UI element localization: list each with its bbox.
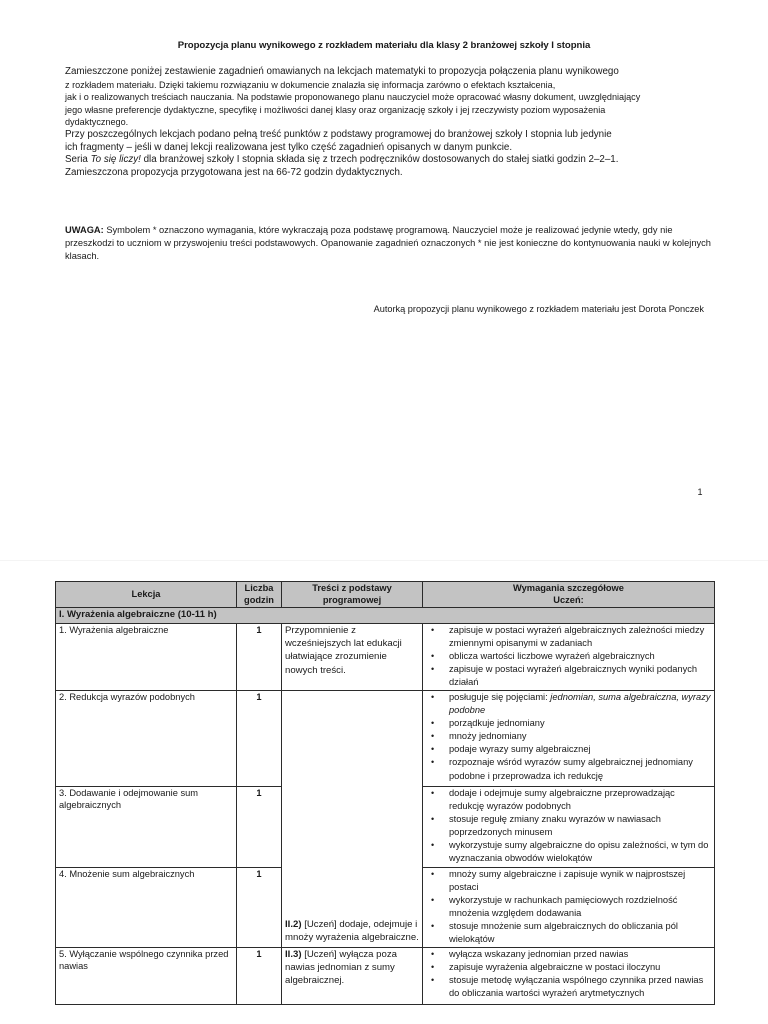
- header-godzin-line1: Liczba: [239, 583, 279, 595]
- list-item: wykorzystuje sumy algebraiczne do opisu …: [449, 839, 711, 865]
- list-item-prefix: posługuje się pojęciami:: [449, 692, 550, 702]
- wymagania-cell: wyłącza wskazany jednomian przed nawias …: [423, 947, 715, 1004]
- tresci-text: [Uczeń] wyłącza poza nawias jednomian z …: [285, 949, 397, 986]
- intro-line: z rozkładem materiału. Dzięki takiemu ro…: [65, 79, 715, 92]
- godzin-cell: 1: [237, 947, 282, 1004]
- intro-line: jak i o realizowanych treściach nauczani…: [65, 91, 715, 104]
- list-item: stosuje metodę wyłączania wspólnego czyn…: [449, 974, 711, 1000]
- note-text: Symbolem * oznaczono wymagania, które wy…: [65, 225, 711, 261]
- note-paragraph: UWAGA: Symbolem * oznaczono wymagania, k…: [65, 224, 715, 264]
- wymagania-cell: zapisuje w postaci wyrażeń algebraicznyc…: [423, 624, 715, 691]
- header-wym-line1: Wymagania szczegółowe: [425, 583, 712, 595]
- header-tresci-line2: programowej: [284, 595, 420, 607]
- lekcja-cell: 4. Mnożenie sum algebraicznych: [56, 868, 237, 948]
- table-row: 5. Wyłączanie wspólnego czynnika przed n…: [56, 947, 715, 1004]
- header-wymagania: Wymagania szczegółowe Uczeń:: [423, 582, 715, 608]
- series-prefix: Seria: [65, 154, 91, 165]
- table-header-row: Lekcja Liczba godzin Treści z podstawy p…: [56, 582, 715, 608]
- header-lekcja: Lekcja: [56, 582, 237, 608]
- tresci-cell: Przypomnienie z wcześniejszych lat eduka…: [282, 624, 423, 691]
- list-item: oblicza wartości liczbowe wyrażeń algebr…: [449, 650, 711, 663]
- lekcja-cell: 3. Dodawanie i odejmowanie sum algebraic…: [56, 787, 237, 868]
- tresci-code: II.3): [285, 949, 302, 960]
- intro-paragraph: Zamieszczone poniżej zestawienie zagadni…: [65, 66, 715, 179]
- header-liczba-godzin: Liczba godzin: [237, 582, 282, 608]
- list-item: wykorzystuje w rachunkach pamięciowych r…: [449, 894, 711, 920]
- wymagania-cell: mnoży sumy algebraiczne i zapisuje wynik…: [423, 868, 715, 948]
- godzin-cell: 1: [237, 691, 282, 787]
- intro-line: ich fragmenty – jeśli w danej lekcji rea…: [65, 142, 715, 155]
- series-line: Seria To się liczy! dla branżowej szkoły…: [65, 154, 715, 167]
- list-item: dodaje i odejmuje sumy algebraiczne prze…: [449, 787, 711, 813]
- wymagania-list: dodaje i odejmuje sumy algebraiczne prze…: [426, 787, 711, 866]
- list-item: zapisuje wyrażenia algebraiczne w postac…: [449, 961, 711, 974]
- hours-line: Zamieszczona propozycja przygotowana jes…: [65, 167, 715, 180]
- intro-line: Przy poszczególnych lekcjach podano pełn…: [65, 129, 715, 142]
- header-wym-line2: Uczeń:: [425, 595, 712, 607]
- lekcja-cell: 1. Wyrażenia algebraiczne: [56, 624, 237, 691]
- list-item: rozpoznaje wśród wyrazów sumy algebraicz…: [449, 756, 711, 782]
- tresci-code: II.2): [285, 919, 302, 930]
- list-item: posługuje się pojęciami: jednomian, suma…: [449, 691, 711, 717]
- header-godzin-line2: godzin: [239, 595, 279, 607]
- list-item: podaje wyrazy sumy algebraicznej: [449, 743, 711, 756]
- note-label: UWAGA:: [65, 225, 104, 235]
- wymagania-list: posługuje się pojęciami: jednomian, suma…: [426, 691, 711, 783]
- godzin-cell: 1: [237, 624, 282, 691]
- page-divider: [0, 560, 768, 561]
- wymagania-list: mnoży sumy algebraiczne i zapisuje wynik…: [426, 868, 711, 947]
- intro-line: dydaktycznego.: [65, 116, 715, 129]
- godzin-cell: 1: [237, 868, 282, 948]
- document-title: Propozycja planu wynikowego z rozkładem …: [0, 40, 768, 51]
- intro-line: Zamieszczone poniżej zestawienie zagadni…: [65, 66, 715, 79]
- page-number: 1: [690, 487, 710, 497]
- table-row: 1. Wyrażenia algebraiczne 1 Przypomnieni…: [56, 624, 715, 691]
- lekcja-cell: 5. Wyłączanie wspólnego czynnika przed n…: [56, 947, 237, 1004]
- lekcja-cell: 2. Redukcja wyrazów podobnych: [56, 691, 237, 787]
- section-title: I. Wyrażenia algebraiczne (10-11 h): [56, 608, 715, 624]
- plan-table: Lekcja Liczba godzin Treści z podstawy p…: [55, 581, 715, 1005]
- wymagania-cell: posługuje się pojęciami: jednomian, suma…: [423, 691, 715, 787]
- table-row: 2. Redukcja wyrazów podobnych 1 II.2) [U…: [56, 691, 715, 787]
- list-item: mnoży jednomiany: [449, 730, 711, 743]
- header-tresci-line1: Treści z podstawy: [284, 583, 420, 595]
- tresci-cell: II.3) [Uczeń] wyłącza poza nawias jednom…: [282, 947, 423, 1004]
- list-item: wyłącza wskazany jednomian przed nawias: [449, 948, 711, 961]
- header-tresci: Treści z podstawy programowej: [282, 582, 423, 608]
- tresci-text: [Uczeń] dodaje, odejmuje i mnoży wyrażen…: [285, 919, 419, 943]
- wymagania-cell: dodaje i odejmuje sumy algebraiczne prze…: [423, 787, 715, 868]
- list-item: zapisuje w postaci wyrażeń algebraicznyc…: [449, 663, 711, 689]
- intro-line: jego własne preferencje dydaktyczne, spe…: [65, 104, 715, 117]
- list-item: mnoży sumy algebraiczne i zapisuje wynik…: [449, 868, 711, 894]
- tresci-cell-merged: II.2) [Uczeń] dodaje, odejmuje i mnoży w…: [282, 691, 423, 948]
- author-line: Autorką propozycji planu wynikowego z ro…: [330, 304, 704, 314]
- wymagania-list: zapisuje w postaci wyrażeń algebraicznyc…: [426, 624, 711, 689]
- wymagania-list: wyłącza wskazany jednomian przed nawias …: [426, 948, 711, 1000]
- godzin-cell: 1: [237, 787, 282, 868]
- list-item: stosuje regułę zmiany znaku wyrazów w na…: [449, 813, 711, 839]
- series-suffix: dla branżowej szkoły I stopnia składa si…: [141, 154, 619, 165]
- section-row: I. Wyrażenia algebraiczne (10-11 h): [56, 608, 715, 624]
- list-item: porządkuje jednomiany: [449, 717, 711, 730]
- list-item: zapisuje w postaci wyrażeń algebraicznyc…: [449, 624, 711, 650]
- list-item: stosuje mnożenie sum algebraicznych do o…: [449, 920, 711, 946]
- series-name: To się liczy!: [91, 154, 141, 165]
- document-page-1: Propozycja planu wynikowego z rozkładem …: [0, 0, 768, 560]
